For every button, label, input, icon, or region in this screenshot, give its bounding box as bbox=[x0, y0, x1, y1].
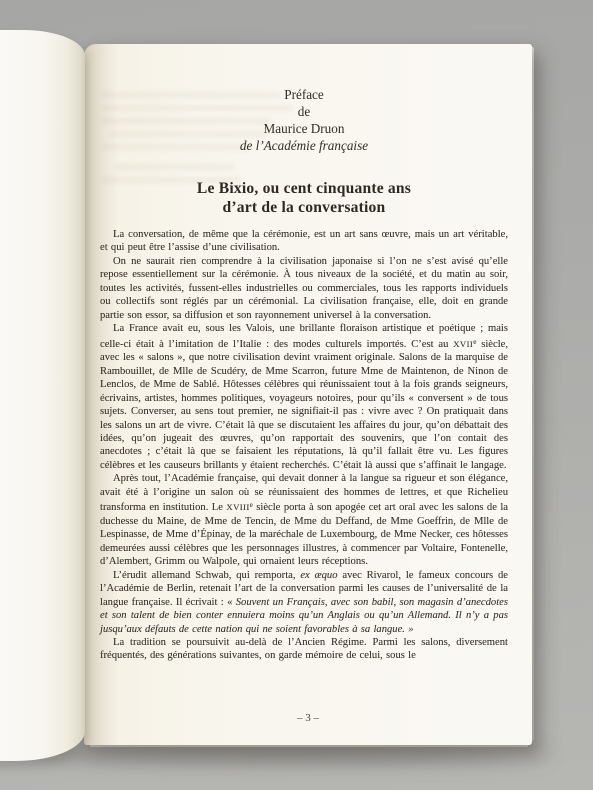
book-page: Préface de Maurice Druon de l’Académie f… bbox=[84, 44, 532, 745]
left-page-curl bbox=[0, 30, 85, 761]
paragraph-3: La France avait eu, sous les Valois, une… bbox=[100, 322, 508, 472]
preface-heading: Préface de Maurice Druon de l’Académie f… bbox=[100, 86, 508, 154]
chapter-title-line1: Le Bixio, ou cent cinquante ans bbox=[100, 179, 508, 198]
paragraph-3-text-a: La France avait eu, sous les Valois, une… bbox=[100, 323, 508, 350]
paragraph-6: La tradition se poursuivit au-delà de l’… bbox=[100, 636, 508, 663]
paragraph-5-text-a: L’érudit allemand Schwab, qui remporta, bbox=[113, 570, 300, 581]
paragraph-2: On ne saurait rien comprendre à la civil… bbox=[100, 255, 508, 322]
heading-affiliation: de l’Académie française bbox=[100, 137, 508, 154]
chapter-title-line2: d’art de la conversation bbox=[100, 198, 508, 217]
paragraph-4: Après tout, l’Académie française, qui de… bbox=[100, 472, 508, 568]
paragraph-1-text: La conversation, de même que la cérémoni… bbox=[100, 229, 508, 253]
heading-de: de bbox=[100, 103, 508, 120]
paragraph-2-text: On ne saurait rien comprendre à la civil… bbox=[100, 256, 508, 321]
heading-author: Maurice Druon bbox=[100, 120, 508, 137]
paragraph-1: La conversation, de même que la cérémoni… bbox=[100, 228, 508, 255]
book-photo-backdrop: Préface de Maurice Druon de l’Académie f… bbox=[0, 0, 593, 790]
paragraph-3-text-b: siècle, avec les « salons », que notre c… bbox=[100, 339, 508, 471]
paragraph-5: L’érudit allemand Schwab, qui remporta, … bbox=[100, 569, 508, 636]
paragraph-3-century-smallcaps: XVII bbox=[453, 339, 473, 349]
page-content: Préface de Maurice Druon de l’Académie f… bbox=[100, 44, 508, 663]
chapter-title: Le Bixio, ou cent cinquante ans d’art de… bbox=[100, 179, 508, 217]
paragraph-5-latin-italic: ex æquo bbox=[300, 570, 337, 581]
paragraph-4-century-smallcaps: XVIII bbox=[226, 502, 249, 512]
floor-shadow bbox=[30, 744, 550, 764]
heading-preface: Préface bbox=[100, 86, 508, 103]
paragraph-6-text: La tradition se poursuivit au-delà de l’… bbox=[100, 637, 508, 661]
page-number: – 3 – bbox=[84, 712, 532, 724]
body-text: La conversation, de même que la cérémoni… bbox=[100, 228, 508, 663]
